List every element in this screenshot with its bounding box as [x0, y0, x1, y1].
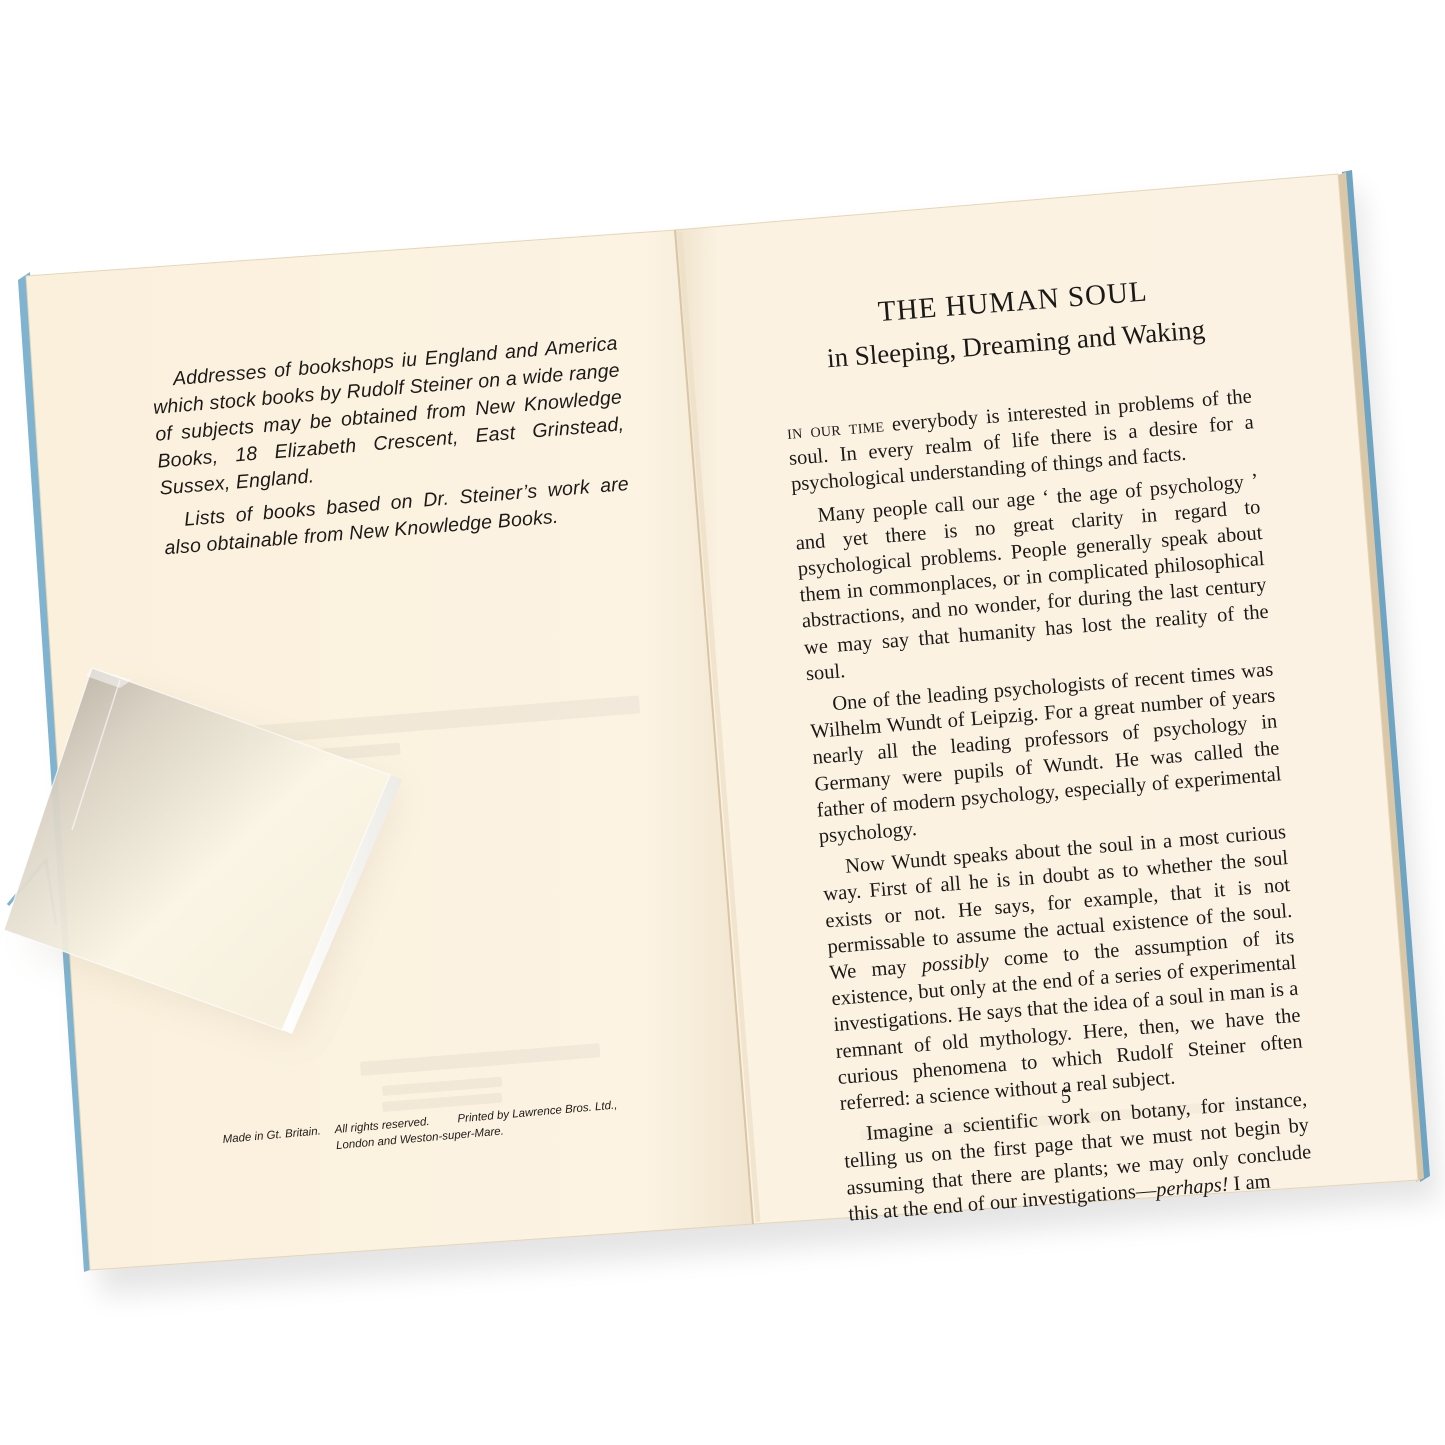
page-number: 5	[1060, 1085, 1072, 1109]
body-paragraph: Now Wundt speaks about the soul in a mos…	[820, 819, 1305, 1117]
body-text: In our time everybody is interested in p…	[786, 383, 1315, 1233]
opening-smallcaps: In our time	[786, 414, 885, 444]
body-paragraph: One of the leading psychologists of rece…	[808, 657, 1285, 850]
photo-scene: Addresses of bookshops iu England and Am…	[0, 0, 1445, 1445]
bookshop-notice: Addresses of bookshops iu England and Am…	[150, 330, 633, 568]
body-paragraph: Many people call our age ‘ the age of ps…	[793, 468, 1272, 687]
emphasis: perhaps!	[1155, 1174, 1229, 1202]
emphasis: possibly	[921, 950, 990, 977]
